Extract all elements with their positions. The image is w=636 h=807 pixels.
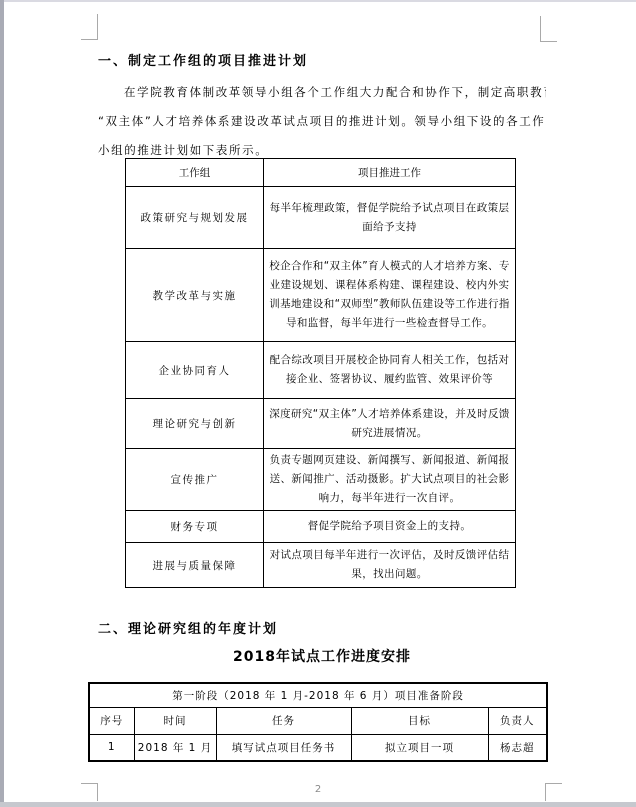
table-row: 理论研究与创新 深度研究“双主体”人才培养体系建设，并及时反馈研究进展情况。 — [126, 399, 516, 449]
time-cell: 2018 年 1 月 — [134, 734, 216, 761]
workgroup-cell: 财务专项 — [126, 511, 264, 543]
phase-header-cell: 第一阶段（2018 年 1 月-2018 年 6 月）项目准备阶段 — [89, 683, 547, 707]
section1-paragraph: 在学院教育体制改革领导小组各个工作组大力配合和协作下，制定高职教育 “双主体”人… — [98, 78, 546, 165]
table-header-row: 序号 时间 任务 目标 负责人 — [89, 707, 547, 734]
table-row: 财务专项 督促学院给予项目资金上的支持。 — [126, 511, 516, 543]
workgroup-cell: 教学改革与实施 — [126, 249, 264, 342]
column-header-time: 时间 — [134, 707, 216, 734]
margin-corner-mark-top-left — [81, 14, 98, 40]
section1-heading: 一、制定工作组的项目推进计划 — [98, 50, 308, 69]
table-row: 企业协同育人 配合综改项目开展校企协同育人相关工作，包括对接企业、签署协议、履约… — [126, 342, 516, 399]
workgroup-plan-table: 工作组 项目推进工作 政策研究与规划发展 每半年梳理政策，督促学院给予试点项目在… — [125, 158, 516, 588]
table-header-row: 工作组 项目推进工作 — [126, 159, 516, 187]
margin-corner-mark-top-right — [540, 16, 557, 42]
window-edge-top — [0, 0, 636, 2]
workgroup-cell: 企业协同育人 — [126, 342, 264, 399]
workgroup-cell: 进展与质量保障 — [126, 543, 264, 588]
work-cell: 配合综改项目开展校企协同育人相关工作，包括对接企业、签署协议、履约监管、效果评价… — [264, 342, 516, 399]
phase-header-row: 第一阶段（2018 年 1 月-2018 年 6 月）项目准备阶段 — [89, 683, 547, 707]
document-page: { "page": { "number": "2" }, "section1":… — [0, 0, 636, 807]
column-header-owner: 负责人 — [488, 707, 547, 734]
table-row: 宣传推广 负责专题网页建设、新闻撰写、新闻报道、新闻报送、新闻推广、活动摄影。扩… — [126, 449, 516, 511]
schedule-table-title: 2018年试点工作进度安排 — [98, 646, 546, 666]
index-cell: 1 — [89, 734, 134, 761]
task-cell: 填写试点项目任务书 — [216, 734, 351, 761]
work-cell: 对试点项目每半年进行一次评估，及时反馈评估结果，找出问题。 — [264, 543, 516, 588]
paragraph-line: 在学院教育体制改革领导小组各个工作组大力配合和协作下，制定高职教育 — [98, 78, 546, 107]
column-header-workgroup: 工作组 — [126, 159, 264, 187]
goal-cell: 拟立项目一项 — [351, 734, 488, 761]
workgroup-cell: 政策研究与规划发展 — [126, 187, 264, 249]
window-edge-bottom — [0, 802, 636, 807]
work-cell: 督促学院给予项目资金上的支持。 — [264, 511, 516, 543]
owner-cell: 杨志超 — [488, 734, 547, 761]
table-row: 教学改革与实施 校企合作和“双主体”育人模式的人才培养方案、专业建设规划、课程体… — [126, 249, 516, 342]
schedule-table: 第一阶段（2018 年 1 月-2018 年 6 月）项目准备阶段 序号 时间 … — [88, 682, 548, 762]
work-cell: 校企合作和“双主体”育人模式的人才培养方案、专业建设规划、课程体系构建、课程建设… — [264, 249, 516, 342]
workgroup-cell: 理论研究与创新 — [126, 399, 264, 449]
workgroup-cell: 宣传推广 — [126, 449, 264, 511]
column-header-task: 任务 — [216, 707, 351, 734]
work-cell: 深度研究“双主体”人才培养体系建设，并及时反馈研究进展情况。 — [264, 399, 516, 449]
table-row: 进展与质量保障 对试点项目每半年进行一次评估，及时反馈评估结果，找出问题。 — [126, 543, 516, 588]
work-cell: 每半年梳理政策，督促学院给予试点项目在政策层面给予支持 — [264, 187, 516, 249]
table-row: 1 2018 年 1 月 填写试点项目任务书 拟立项目一项 杨志超 — [89, 734, 547, 761]
window-edge-left — [0, 0, 4, 807]
column-header-work: 项目推进工作 — [264, 159, 516, 187]
column-header-goal: 目标 — [351, 707, 488, 734]
table-row: 政策研究与规划发展 每半年梳理政策，督促学院给予试点项目在政策层面给予支持 — [126, 187, 516, 249]
section2-heading: 二、理论研究组的年度计划 — [98, 618, 278, 637]
column-header-index: 序号 — [89, 707, 134, 734]
paragraph-line: “双主体”人才培养体系建设改革试点项目的推进计划。领导小组下设的各工作 — [98, 107, 546, 136]
page-number: 2 — [0, 784, 636, 795]
work-cell: 负责专题网页建设、新闻撰写、新闻报道、新闻报送、新闻推广、活动摄影。扩大试点项目… — [264, 449, 516, 511]
